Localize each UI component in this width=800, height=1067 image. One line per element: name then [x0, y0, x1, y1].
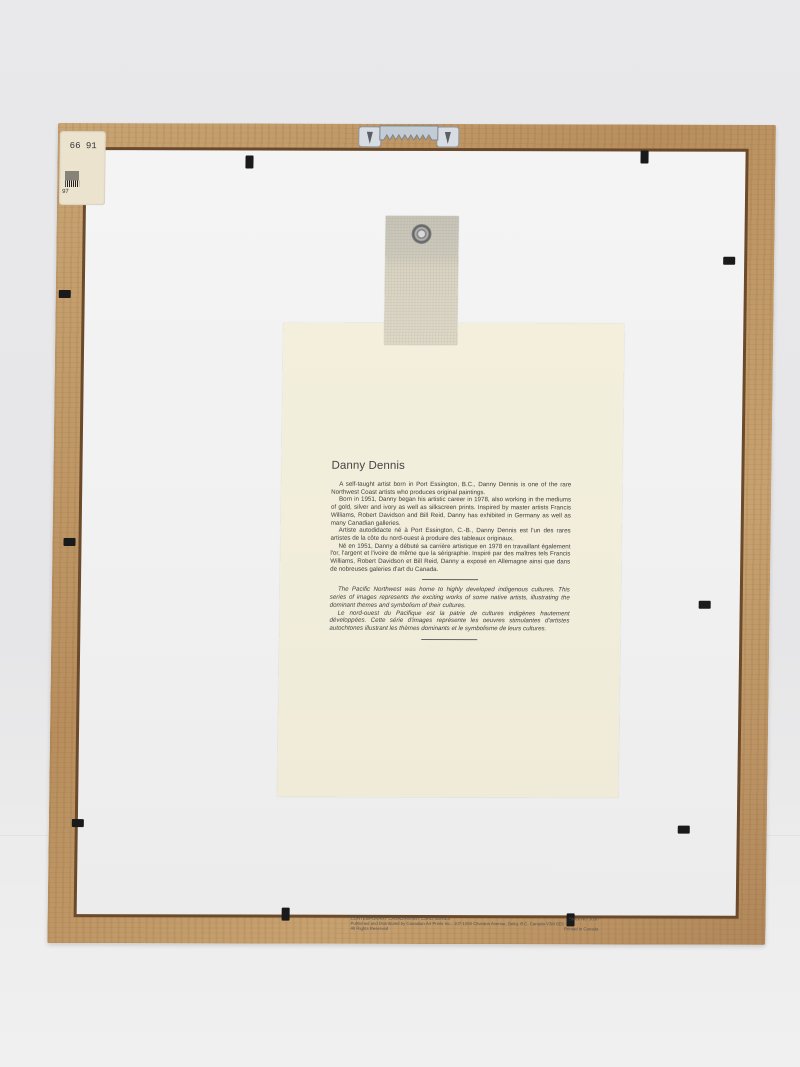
retainer-clip [723, 257, 735, 265]
rights: All Rights Reserved [350, 926, 388, 931]
retainer-clip [72, 819, 84, 827]
retainer-clip [282, 908, 290, 921]
artist-info-card: Danny Dennis A self-taught artist born i… [277, 323, 624, 798]
retainer-clip [678, 826, 690, 834]
bio-en-1: A self-taught artist born in Port Essing… [331, 481, 571, 497]
card-footer: CONTEMPORARY CANADIAN ART CARD SERIES St… [350, 916, 598, 932]
printed-in: Printed in Canada [564, 926, 598, 931]
series-en: The Pacific Northwest was home to highly… [330, 586, 570, 610]
cloth-hinge-tape [384, 216, 459, 345]
card-text: Danny Dennis A self-taught artist born i… [329, 460, 571, 646]
price-sticker: 66 91 97 [59, 131, 106, 205]
bio-fr-1: Artiste autodidacte né à Port Essington,… [331, 527, 571, 543]
picture-frame: Danny Dennis A self-taught artist born i… [47, 123, 776, 945]
retainer-clip [245, 155, 253, 168]
divider [421, 639, 477, 640]
price-value: 66 91 [70, 141, 97, 151]
retainer-clip [59, 290, 71, 298]
artist-name: Danny Dennis [331, 460, 571, 473]
retainer-clip [640, 151, 648, 164]
divider [422, 579, 478, 580]
grommet-icon [411, 224, 431, 244]
retainer-clip [63, 538, 75, 546]
sawtooth-hanger-icon [358, 122, 460, 150]
retainer-clip [699, 601, 711, 609]
stock-number: Stock No. 3030 [569, 916, 598, 921]
bio-en-2: Born in 1951, Danny began his artistic c… [331, 496, 571, 527]
series-fr: Le nord-ouest du Pacifique est la patrie… [329, 609, 569, 633]
price-code: 97 [62, 189, 69, 195]
bio-fr-2: Né en 1951, Danny a débuté sa carrière a… [330, 542, 570, 573]
barcode-icon [65, 171, 79, 187]
